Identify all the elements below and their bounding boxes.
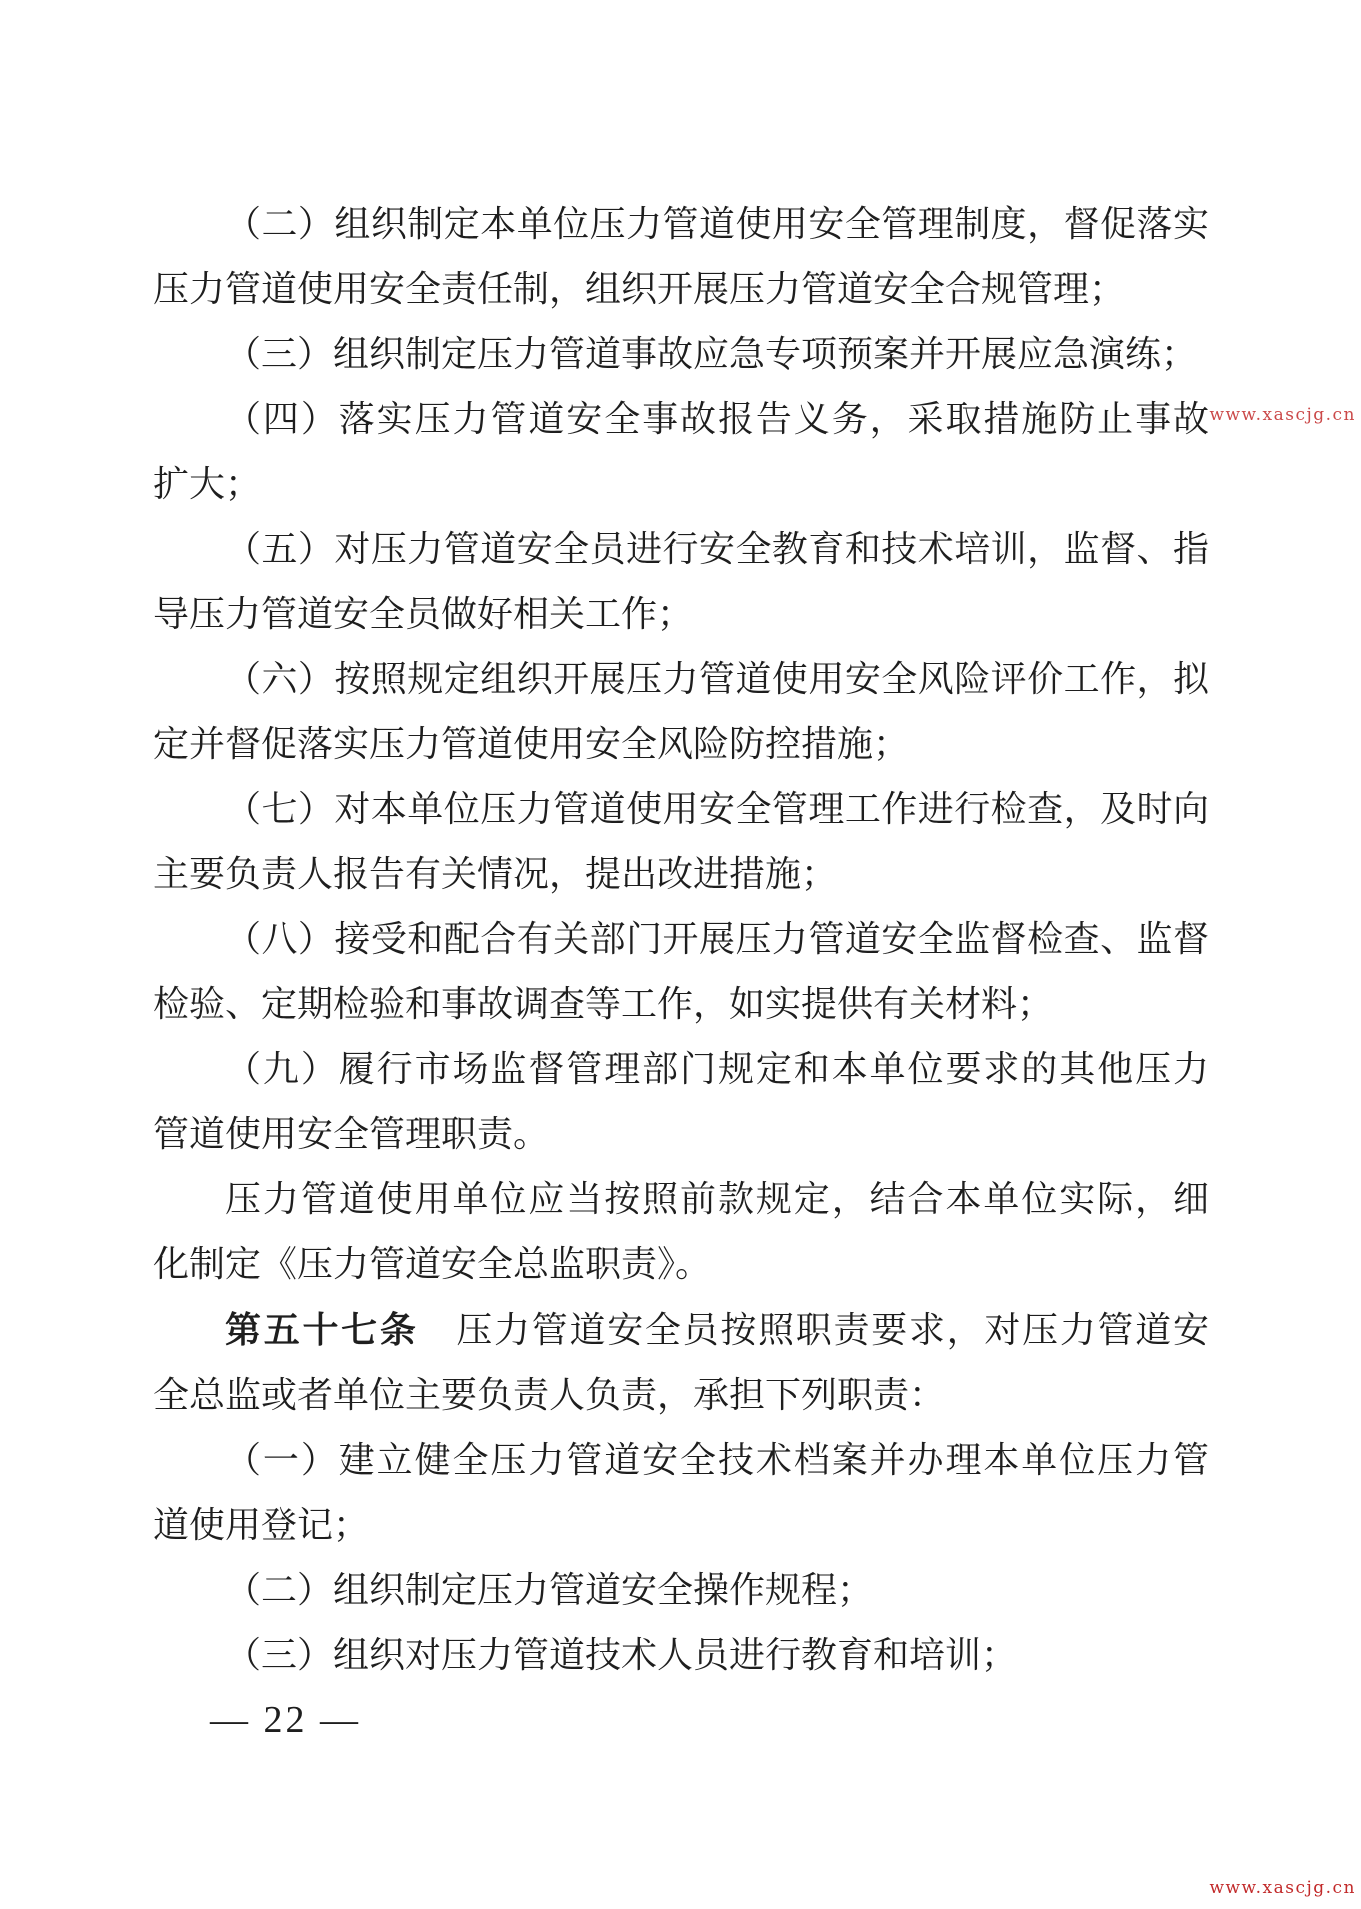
text-line: 全总监或者单位主要负责人负责，承担下列职责：	[153, 1363, 1209, 1428]
line-text: 压力管道使用安全责任制，组织开展压力管道安全合规管理；	[153, 269, 1125, 309]
text-line: （八）接受和配合有关部门开展压力管道安全监督检查、监督	[153, 907, 1209, 972]
line-text: （四）落实压力管道安全事故报告义务，采取措施防止事故	[225, 399, 1209, 439]
line-text: 主要负责人报告有关情况，提出改进措施；	[153, 854, 837, 894]
text-line: 道使用登记；	[153, 1493, 1209, 1558]
watermark-url-top: www.xascjg.cn	[1209, 405, 1356, 425]
document-page: { "page": { "number_label": "— 22 —", "w…	[0, 0, 1361, 1909]
line-text: （七）对本单位压力管道使用安全管理工作进行检查，及时向	[225, 789, 1209, 829]
text-line: （一）建立健全压力管道安全技术档案并办理本单位压力管	[153, 1428, 1209, 1493]
text-line: （二）组织制定本单位压力管道使用安全管理制度，督促落实	[153, 192, 1209, 257]
text-line: 定并督促落实压力管道使用安全风险防控措施；	[153, 712, 1209, 777]
text-line: 扩大；	[153, 452, 1209, 517]
line-text: （一）建立健全压力管道安全技术档案并办理本单位压力管	[225, 1440, 1209, 1480]
line-text: 压力管道使用单位应当按照前款规定，结合本单位实际，细	[225, 1179, 1209, 1219]
line-text: 管道使用安全管理职责。	[153, 1114, 549, 1154]
line-text: 压力管道安全员按照职责要求，对压力管道安	[419, 1310, 1209, 1350]
text-line: （三）组织制定压力管道事故应急专项预案并开展应急演练；	[153, 322, 1209, 387]
line-text: （三）组织对压力管道技术人员进行教育和培训；	[225, 1635, 1017, 1675]
text-line: 检验、定期检验和事故调查等工作，如实提供有关材料；	[153, 972, 1209, 1037]
text-line: （九）履行市场监督管理部门规定和本单位要求的其他压力	[153, 1037, 1209, 1102]
text-line: 导压力管道安全员做好相关工作；	[153, 582, 1209, 647]
line-text: 全总监或者单位主要负责人负责，承担下列职责：	[153, 1375, 945, 1415]
line-text: （二）组织制定压力管道安全操作规程；	[225, 1570, 873, 1610]
line-text: （二）组织制定本单位压力管道使用安全管理制度，督促落实	[225, 204, 1209, 244]
text-line: 第五十七条 压力管道安全员按照职责要求，对压力管道安	[153, 1297, 1209, 1363]
text-line: （四）落实压力管道安全事故报告义务，采取措施防止事故	[153, 387, 1209, 452]
line-text: （八）接受和配合有关部门开展压力管道安全监督检查、监督	[225, 919, 1209, 959]
text-line: （七）对本单位压力管道使用安全管理工作进行检查，及时向	[153, 777, 1209, 842]
page-number: — 22 —	[210, 1698, 361, 1742]
line-text: 导压力管道安全员做好相关工作；	[153, 594, 693, 634]
text-line: （二）组织制定压力管道安全操作规程；	[153, 1558, 1209, 1623]
line-text: （五）对压力管道安全员进行安全教育和技术培训，监督、指	[225, 529, 1209, 569]
watermark-url-bottom: www.xascjg.cn	[1209, 1878, 1356, 1898]
text-line: 压力管道使用安全责任制，组织开展压力管道安全合规管理；	[153, 257, 1209, 322]
line-text: 道使用登记；	[153, 1505, 369, 1545]
text-line: 管道使用安全管理职责。	[153, 1102, 1209, 1167]
text-line: （五）对压力管道安全员进行安全教育和技术培训，监督、指	[153, 517, 1209, 582]
article-number: 第五十七条	[225, 1309, 419, 1350]
text-line: 主要负责人报告有关情况，提出改进措施；	[153, 842, 1209, 907]
line-text: （六）按照规定组织开展压力管道使用安全风险评价工作，拟	[225, 659, 1209, 699]
line-text: 化制定《压力管道安全总监职责》。	[153, 1244, 711, 1284]
line-text: 定并督促落实压力管道使用安全风险防控措施；	[153, 724, 909, 764]
line-text: 扩大；	[153, 464, 261, 504]
document-body: （二）组织制定本单位压力管道使用安全管理制度，督促落实压力管道使用安全责任制，组…	[153, 192, 1209, 1688]
line-text: （九）履行市场监督管理部门规定和本单位要求的其他压力	[225, 1049, 1209, 1089]
text-line: 化制定《压力管道安全总监职责》。	[153, 1232, 1209, 1297]
line-text: （三）组织制定压力管道事故应急专项预案并开展应急演练；	[225, 334, 1197, 374]
text-line: 压力管道使用单位应当按照前款规定，结合本单位实际，细	[153, 1167, 1209, 1232]
line-text: 检验、定期检验和事故调查等工作，如实提供有关材料；	[153, 984, 1053, 1024]
text-line: （三）组织对压力管道技术人员进行教育和培训；	[153, 1623, 1209, 1688]
text-line: （六）按照规定组织开展压力管道使用安全风险评价工作，拟	[153, 647, 1209, 712]
